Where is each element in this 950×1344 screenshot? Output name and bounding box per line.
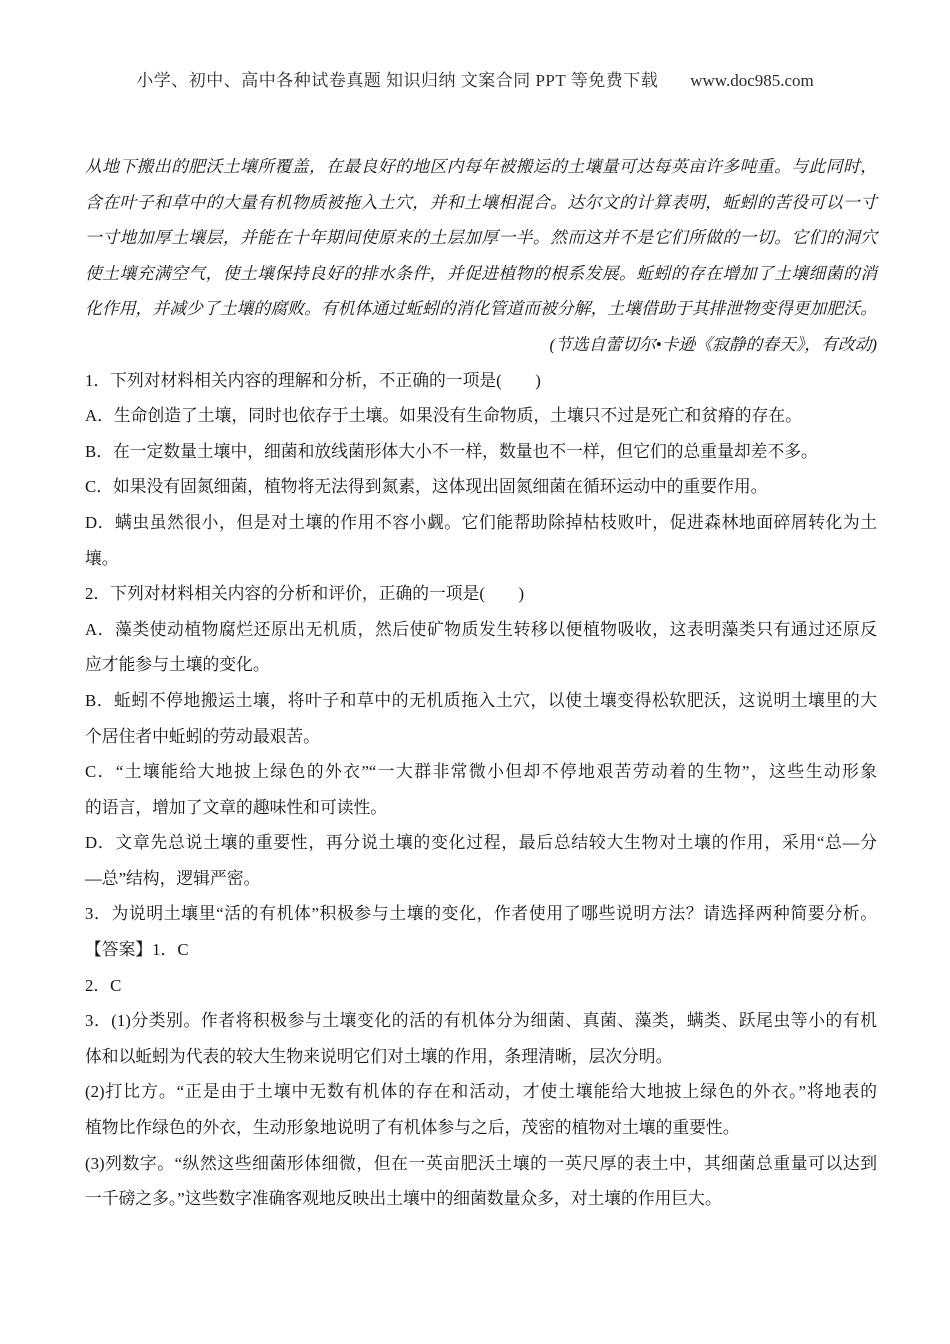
question-1-option-a: A．生命创造了土壤，同时也依存于土壤。如果没有生命物质，土壤只不过是死亡和贫瘠的… (85, 398, 877, 434)
document-body: 从地下搬出的肥沃土壤所覆盖，在最良好的地区内每年被搬运的土壤量可达每英亩许多吨重… (85, 149, 877, 1217)
answer-q3-method3-line1: (3)列数字。“纵然这些细菌形体细微，但在一英亩肥沃土壤的一英尺厚的表土中，其细… (85, 1146, 877, 1182)
passage-citation: (节选自蕾切尔•卡逊《寂静的春天》，有改动) (85, 327, 877, 363)
question-2-option-c: C．“土壤能给大地披上绿色的外衣”“一大群非常微小但却不停地艰苦劳动着的生物”，… (85, 754, 877, 790)
answer-line-q2: 2．C (85, 968, 877, 1004)
question-2-option-b: B．蚯蚓不停地搬运土壤，将叶子和草中的无机质拖入土穴，以使土壤变得松软肥沃，这说… (85, 683, 877, 719)
header-promo-text: 小学、初中、高中各种试卷真题 知识归纳 文案合同 PPT 等免费下载 (136, 71, 658, 90)
question-1-option-d: D．螨虫虽然很小，但是对土壤的作用不容小觑。它们能帮助除掉枯枝败叶，促进森林地面… (85, 505, 877, 541)
question-1-option-c: C．如果没有固氮细菌，植物将无法得到氮素，这体现出固氮细菌在循环运动中的重要作用… (85, 469, 877, 505)
reading-passage: 从地下搬出的肥沃土壤所覆盖，在最良好的地区内每年被搬运的土壤量可达每英亩许多吨重… (85, 149, 877, 363)
question-2-stem: 2．下列对材料相关内容的分析和评价，正确的一项是( ) (85, 576, 877, 612)
passage-line: 一寸地加厚土壤层，并能在十年期间使原来的土层加厚一半。然而这并不是它们所做的一切… (85, 220, 877, 256)
document-page: 小学、初中、高中各种试卷真题 知识归纳 文案合同 PPT 等免费下载www.do… (0, 0, 950, 1344)
passage-line: 含在叶子和草中的大量有机物质被拖入土穴，并和土壤相混合。达尔文的计算表明，蚯蚓的… (85, 185, 877, 221)
answer-q3-method1-line1: 3．(1)分类别。作者将积极参与土壤变化的活的有机体分为细菌、真菌、藻类，螨类、… (85, 1003, 877, 1039)
question-2-option-b-continued: 个居住者中蚯蚓的劳动最艰苦。 (85, 719, 877, 755)
header-site-url: www.doc985.com (690, 71, 814, 90)
question-3-stem: 3．为说明土壤里“活的有机体”积极参与土壤的变化，作者使用了哪些说明方法？请选择… (85, 896, 877, 932)
question-1-option-d-continued: 壤。 (85, 541, 877, 577)
answer-q3-method1-line2: 体和以蚯蚓为代表的较大生物来说明它们对土壤的作用，条理清晰，层次分明。 (85, 1039, 877, 1075)
answer-q1-value: 1．C (152, 940, 188, 959)
answer-line-q1: 【答案】1．C (85, 932, 877, 968)
passage-line: 从地下搬出的肥沃土壤所覆盖，在最良好的地区内每年被搬运的土壤量可达每英亩许多吨重… (85, 149, 877, 185)
answer-section: 【答案】1．C 2．C 3．(1)分类别。作者将积极参与土壤变化的活的有机体分为… (85, 932, 877, 1217)
passage-line: 使土壤充满空气，使土壤保持良好的排水条件，并促进植物的根系发展。蚯蚓的存在增加了… (85, 256, 877, 292)
question-2-option-d: D．文章先总说土壤的重要性，再分说土壤的变化过程，最后总结较大生物对土壤的作用，… (85, 825, 877, 861)
page-header: 小学、初中、高中各种试卷真题 知识归纳 文案合同 PPT 等免费下载www.do… (0, 66, 950, 91)
question-1-stem: 1．下列对材料相关内容的理解和分析，不正确的一项是( ) (85, 363, 877, 399)
answer-q3-method2-line1: (2)打比方。“正是由于土壤中无数有机体的存在和活动，才使土壤能给大地披上绿色的… (85, 1074, 877, 1110)
question-2: 2．下列对材料相关内容的分析和评价，正确的一项是( ) A．藻类使动植物腐烂还原… (85, 576, 877, 896)
passage-line: 化作用，并减少了土壤的腐败。有机体通过蚯蚓的消化管道而被分解，土壤借助于其排泄物… (85, 291, 877, 327)
question-1: 1．下列对材料相关内容的理解和分析，不正确的一项是( ) A．生命创造了土壤，同… (85, 363, 877, 577)
question-3: 3．为说明土壤里“活的有机体”积极参与土壤的变化，作者使用了哪些说明方法？请选择… (85, 896, 877, 932)
question-2-option-d-continued: —总”结构，逻辑严密。 (85, 861, 877, 897)
answer-q3-method3-line2: 一千磅之多。”这些数字准确客观地反映出土壤中的细菌数量众多，对土壤的作用巨大。 (85, 1181, 877, 1217)
question-2-option-a-continued: 应才能参与土壤的变化。 (85, 647, 877, 683)
question-2-option-c-continued: 的语言，增加了文章的趣味性和可读性。 (85, 790, 877, 826)
answer-label: 【答案】 (85, 940, 152, 959)
answer-q3-method2-line2: 植物比作绿色的外衣，生动形象地说明了有机体参与之后，茂密的植物对土壤的重要性。 (85, 1110, 877, 1146)
question-1-option-b: B．在一定数量土壤中，细菌和放线菌形体大小不一样，数量也不一样，但它们的总重量却… (85, 434, 877, 470)
question-2-option-a: A．藻类使动植物腐烂还原出无机质，然后使矿物质发生转移以便植物吸收，这表明藻类只… (85, 612, 877, 648)
